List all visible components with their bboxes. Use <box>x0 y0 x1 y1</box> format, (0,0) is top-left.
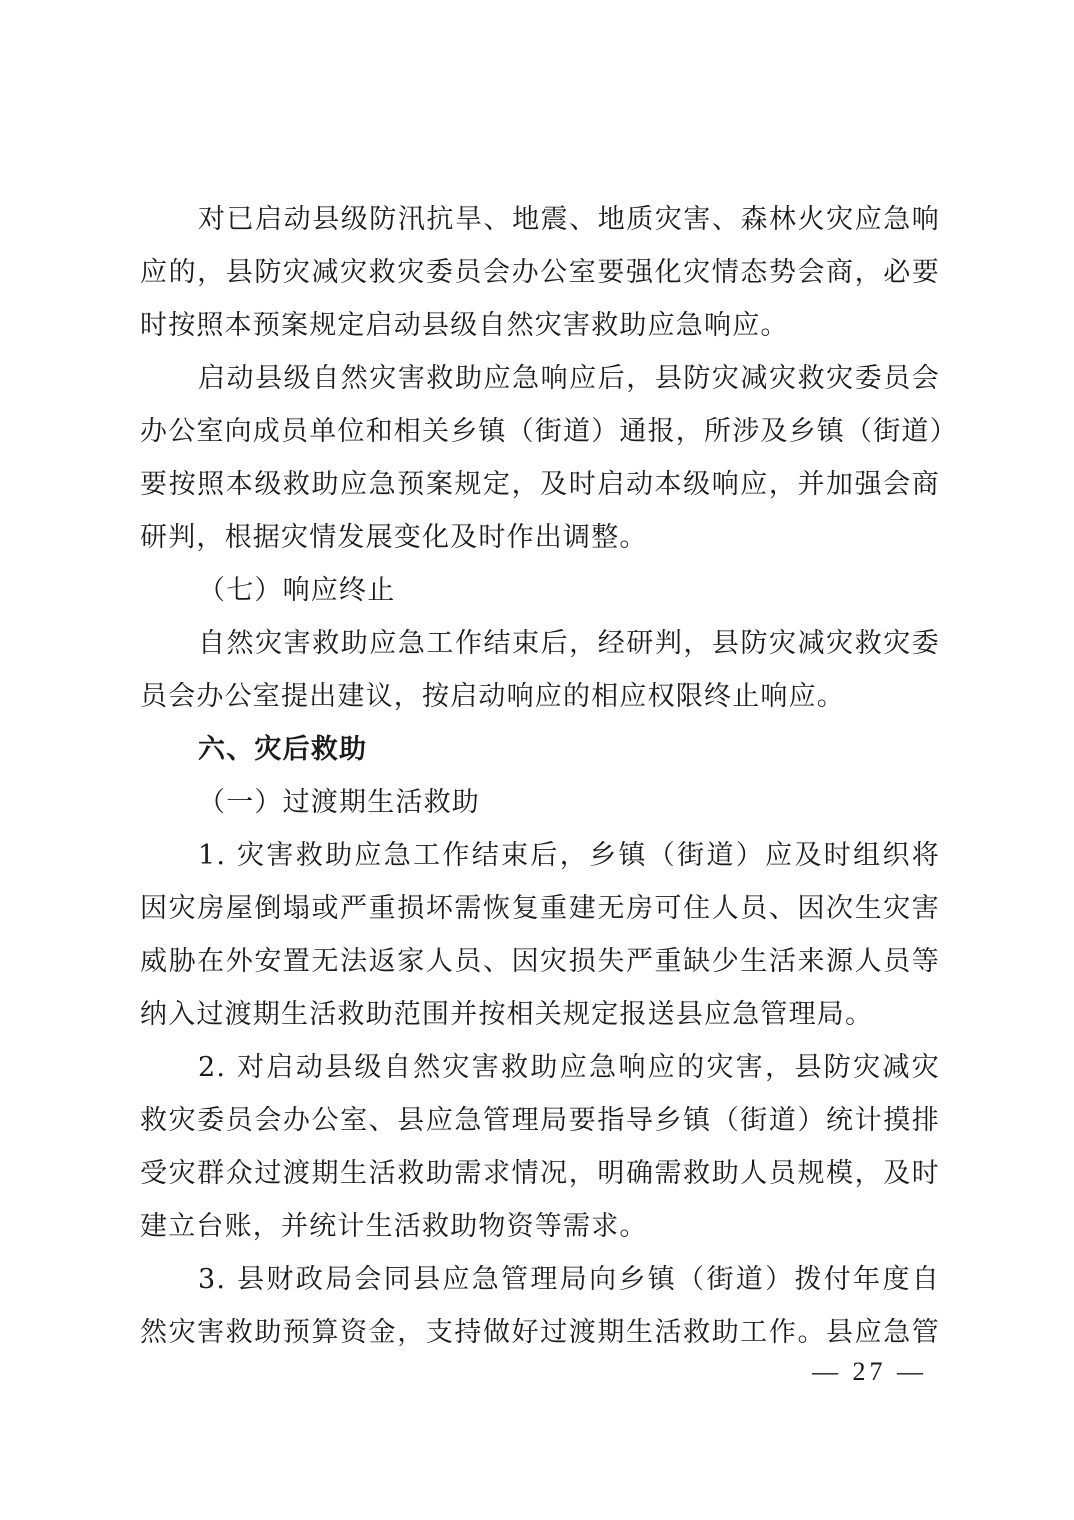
paragraph-line: 受灾群众过渡期生活救助需求情况，明确需救助人员规模，及时 <box>140 1154 940 1194</box>
paragraph-line: 然灾害救助预算资金，支持做好过渡期生活救助工作。县应急管 <box>140 1313 940 1353</box>
paragraph-line: 1. 灾害救助应急工作结束后，乡镇（街道）应及时组织将 <box>198 836 940 876</box>
paragraph-line: 应的，县防灾减灾救灾委员会办公室要强化灾情态势会商，必要 <box>140 253 940 293</box>
paragraph-line: 员会办公室提出建议，按启动响应的相应权限终止响应。 <box>140 677 940 717</box>
paragraph-line: 办公室向成员单位和相关乡镇（街道）通报，所涉及乡镇（街道） <box>140 412 940 452</box>
paragraph-line: 威胁在外安置无法返家人员、因灾损失严重缺少生活来源人员等 <box>140 942 940 982</box>
page-number: — 27 — <box>812 1352 927 1392</box>
paragraph-line: 研判，根据灾情发展变化及时作出调整。 <box>140 518 940 558</box>
paragraph-line: 2. 对启动县级自然灾害救助应急响应的灾害，县防灾减灾 <box>198 1048 940 1088</box>
subsection-heading: （一）过渡期生活救助 <box>198 783 998 823</box>
paragraph-line: 要按照本级救助应急预案规定，及时启动本级响应，并加强会商 <box>140 465 940 505</box>
paragraph-line: 启动县级自然灾害救助应急响应后，县防灾减灾救灾委员会 <box>198 359 940 399</box>
paragraph-line: 救灾委员会办公室、县应急管理局要指导乡镇（街道）统计摸排 <box>140 1101 940 1141</box>
paragraph-line: 3. 县财政局会同县应急管理局向乡镇（街道）拨付年度自 <box>198 1260 940 1300</box>
paragraph-line: 建立台账，并统计生活救助物资等需求。 <box>140 1207 940 1247</box>
subsection-heading: （七）响应终止 <box>198 571 998 611</box>
paragraph-line: 纳入过渡期生活救助范围并按相关规定报送县应急管理局。 <box>140 995 940 1035</box>
section-heading: 六、灾后救助 <box>198 730 998 770</box>
document-page: 对已启动县级防汛抗旱、地震、地质灾害、森林火灾应急响 应的，县防灾减灾救灾委员会… <box>0 0 1074 1520</box>
paragraph-line: 时按照本预案规定启动县级自然灾害救助应急响应。 <box>140 306 940 346</box>
paragraph-line: 对已启动县级防汛抗旱、地震、地质灾害、森林火灾应急响 <box>198 200 940 240</box>
paragraph-line: 因灾房屋倒塌或严重损坏需恢复重建无房可住人员、因次生灾害 <box>140 889 940 929</box>
paragraph-line: 自然灾害救助应急工作结束后，经研判，县防灾减灾救灾委 <box>198 624 940 664</box>
